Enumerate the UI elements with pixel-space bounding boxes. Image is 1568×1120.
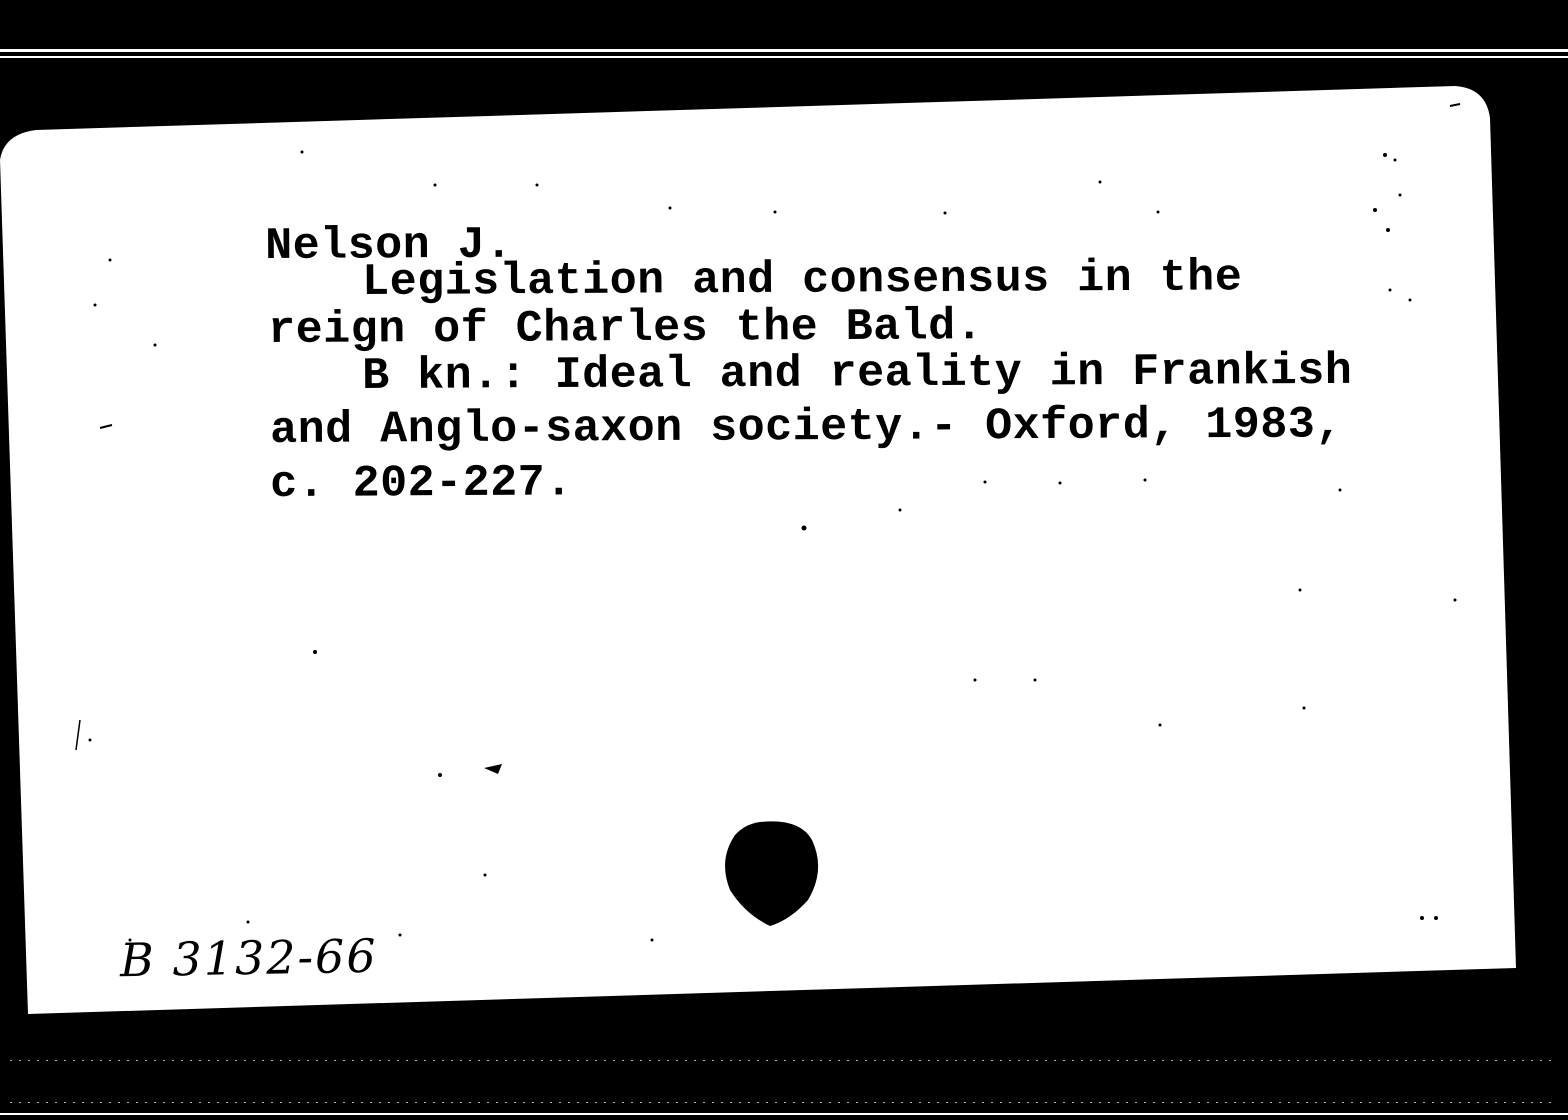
card-pages: c. 202-227.: [270, 458, 573, 510]
card-source-line-2: and Anglo-saxon society.- Oxford, 1983,: [270, 400, 1343, 456]
catalog-card: Nelson J. Legislation and consensus in t…: [0, 0, 1568, 1120]
card-source-line-1: B kn.: Ideal and reality in Frankish: [362, 347, 1352, 402]
call-number-handwritten: B 3132-66: [120, 928, 379, 988]
card-title-line-1: Legislation and consensus in the: [362, 253, 1242, 308]
